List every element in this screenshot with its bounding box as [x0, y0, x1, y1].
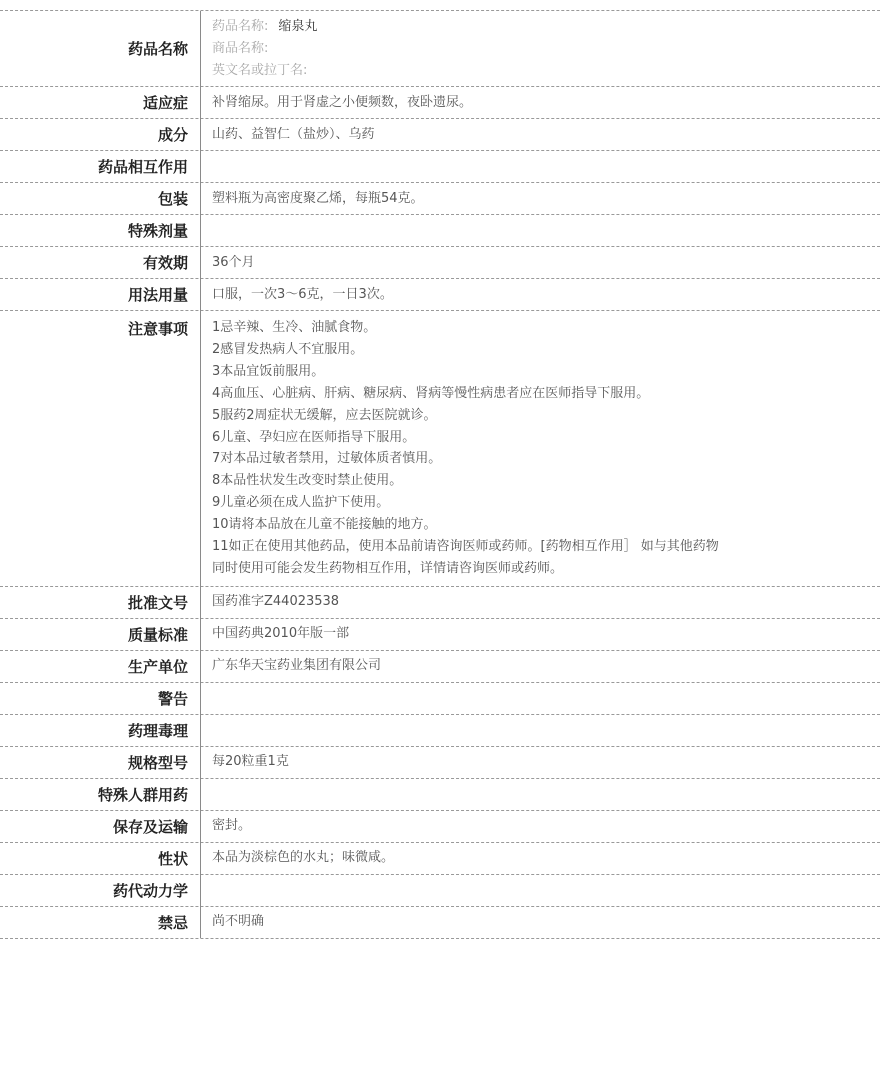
row-label: 注意事项: [0, 311, 200, 343]
row-storage-transport: 保存及运输 密封。: [0, 810, 880, 842]
precaution-line: 6儿童、孕妇应在医师指导下服用。: [212, 427, 870, 449]
precaution-line: 1忌辛辣、生冷、油腻食物。: [212, 317, 870, 339]
row-label: 生产单位: [0, 652, 200, 681]
row-value: [200, 163, 880, 171]
row-label: 药代动力学: [0, 876, 200, 905]
precaution-line: 11如正在使用其他药品，使用本品前请咨询医师或药师。[药物相互作用］ 如与其他药…: [212, 536, 870, 558]
row-properties: 性状 本品为淡棕色的水丸；味微咸。: [0, 842, 880, 874]
row-label: 药品名称: [0, 34, 200, 63]
row-value: [200, 790, 880, 798]
row-value: 密封。: [200, 811, 880, 841]
row-value: 广东华天宝药业集团有限公司: [200, 651, 880, 681]
trade-name-line: 商品名称:: [212, 38, 870, 60]
row-warning: 警告: [0, 682, 880, 714]
latin-name-line: 英文名或拉丁名:: [212, 60, 870, 82]
row-label: 药理毒理: [0, 716, 200, 745]
drug-name-line: 药品名称:缩泉丸: [212, 16, 870, 38]
row-specification: 规格型号 每20粒重1克: [0, 746, 880, 778]
row-value: 每20粒重1克: [200, 747, 880, 777]
row-value: 中国药典2010年版一部: [200, 619, 880, 649]
row-pharmacology-toxicology: 药理毒理: [0, 714, 880, 746]
row-label: 特殊人群用药: [0, 780, 200, 809]
row-label: 规格型号: [0, 748, 200, 777]
row-drug-interactions: 药品相互作用: [0, 150, 880, 182]
row-label: 保存及运输: [0, 812, 200, 841]
row-value: [200, 694, 880, 702]
row-value: [200, 227, 880, 235]
row-packaging: 包装 塑料瓶为高密度聚乙烯，每瓶54克。: [0, 182, 880, 214]
row-label: 用法用量: [0, 280, 200, 309]
precaution-line: 5服药2周症状无缓解，应去医院就诊。: [212, 405, 870, 427]
precaution-line: 2感冒发热病人不宜服用。: [212, 339, 870, 361]
row-value: 补肾缩尿。用于肾虚之小便频数，夜卧遗尿。: [200, 88, 880, 118]
row-value: [200, 726, 880, 734]
row-manufacturer: 生产单位 广东华天宝药业集团有限公司: [0, 650, 880, 682]
row-ingredients: 成分 山药、益智仁（盐炒）、乌药: [0, 118, 880, 150]
precaution-line: 7对本品过敏者禁用，过敏体质者慎用。: [212, 448, 870, 470]
drug-info-table: 药品名称 药品名称:缩泉丸 商品名称: 英文名或拉丁名: 适应症 补肾缩尿。用于…: [0, 10, 880, 939]
precaution-line: 3本品宜饭前服用。: [212, 361, 870, 383]
row-value: 本品为淡棕色的水丸；味微咸。: [200, 843, 880, 873]
drug-name-field-label: 药品名称:: [212, 19, 268, 34]
row-value: 药品名称:缩泉丸 商品名称: 英文名或拉丁名:: [200, 12, 880, 86]
row-label: 质量标准: [0, 620, 200, 649]
row-value: 36个月: [200, 248, 880, 278]
row-dosage-usage: 用法用量 口服，一次3～6克，一日3次。: [0, 278, 880, 310]
row-approval-number: 批准文号 国药准字Z44023538: [0, 586, 880, 618]
row-value: 山药、益智仁（盐炒）、乌药: [200, 120, 880, 150]
precaution-line: 9儿童必须在成人监护下使用。: [212, 492, 870, 514]
row-shelf-life: 有效期 36个月: [0, 246, 880, 278]
drug-detail-page: 药品名称 药品名称:缩泉丸 商品名称: 英文名或拉丁名: 适应症 补肾缩尿。用于…: [0, 0, 880, 1070]
row-special-dosage: 特殊剂量: [0, 214, 880, 246]
row-label: 适应症: [0, 88, 200, 117]
row-label: 禁忌: [0, 908, 200, 937]
row-special-population: 特殊人群用药: [0, 778, 880, 810]
row-value: 尚不明确: [200, 907, 880, 937]
row-label: 警告: [0, 684, 200, 713]
row-value: [200, 886, 880, 894]
row-value: 1忌辛辣、生冷、油腻食物。 2感冒发热病人不宜服用。 3本品宜饭前服用。 4高血…: [200, 311, 880, 586]
precaution-line: 同时使用可能会发生药物相互作用，详情请咨询医师或药师。: [212, 558, 870, 580]
row-label: 特殊剂量: [0, 216, 200, 245]
row-contraindications: 禁忌 尚不明确: [0, 906, 880, 938]
precaution-line: 8本品性状发生改变时禁止使用。: [212, 470, 870, 492]
row-indications: 适应症 补肾缩尿。用于肾虚之小便频数，夜卧遗尿。: [0, 86, 880, 118]
row-value: 塑料瓶为高密度聚乙烯，每瓶54克。: [200, 184, 880, 214]
row-label: 包装: [0, 184, 200, 213]
drug-name-value: 缩泉丸: [278, 19, 317, 34]
row-label: 性状: [0, 844, 200, 873]
precaution-line: 10请将本品放在儿童不能接触的地方。: [212, 514, 870, 536]
row-quality-standard: 质量标准 中国药典2010年版一部: [0, 618, 880, 650]
row-pharmacokinetics: 药代动力学: [0, 874, 880, 906]
row-label: 药品相互作用: [0, 152, 200, 181]
row-value: 国药准字Z44023538: [200, 587, 880, 617]
row-value: 口服，一次3～6克，一日3次。: [200, 280, 880, 310]
row-precautions: 注意事项 1忌辛辣、生冷、油腻食物。 2感冒发热病人不宜服用。 3本品宜饭前服用…: [0, 310, 880, 586]
row-drug-name: 药品名称 药品名称:缩泉丸 商品名称: 英文名或拉丁名:: [0, 11, 880, 86]
row-label: 成分: [0, 120, 200, 149]
precaution-line: 4高血压、心脏病、肝病、糖尿病、肾病等慢性病患者应在医师指导下服用。: [212, 383, 870, 405]
row-label: 有效期: [0, 248, 200, 277]
row-label: 批准文号: [0, 588, 200, 617]
